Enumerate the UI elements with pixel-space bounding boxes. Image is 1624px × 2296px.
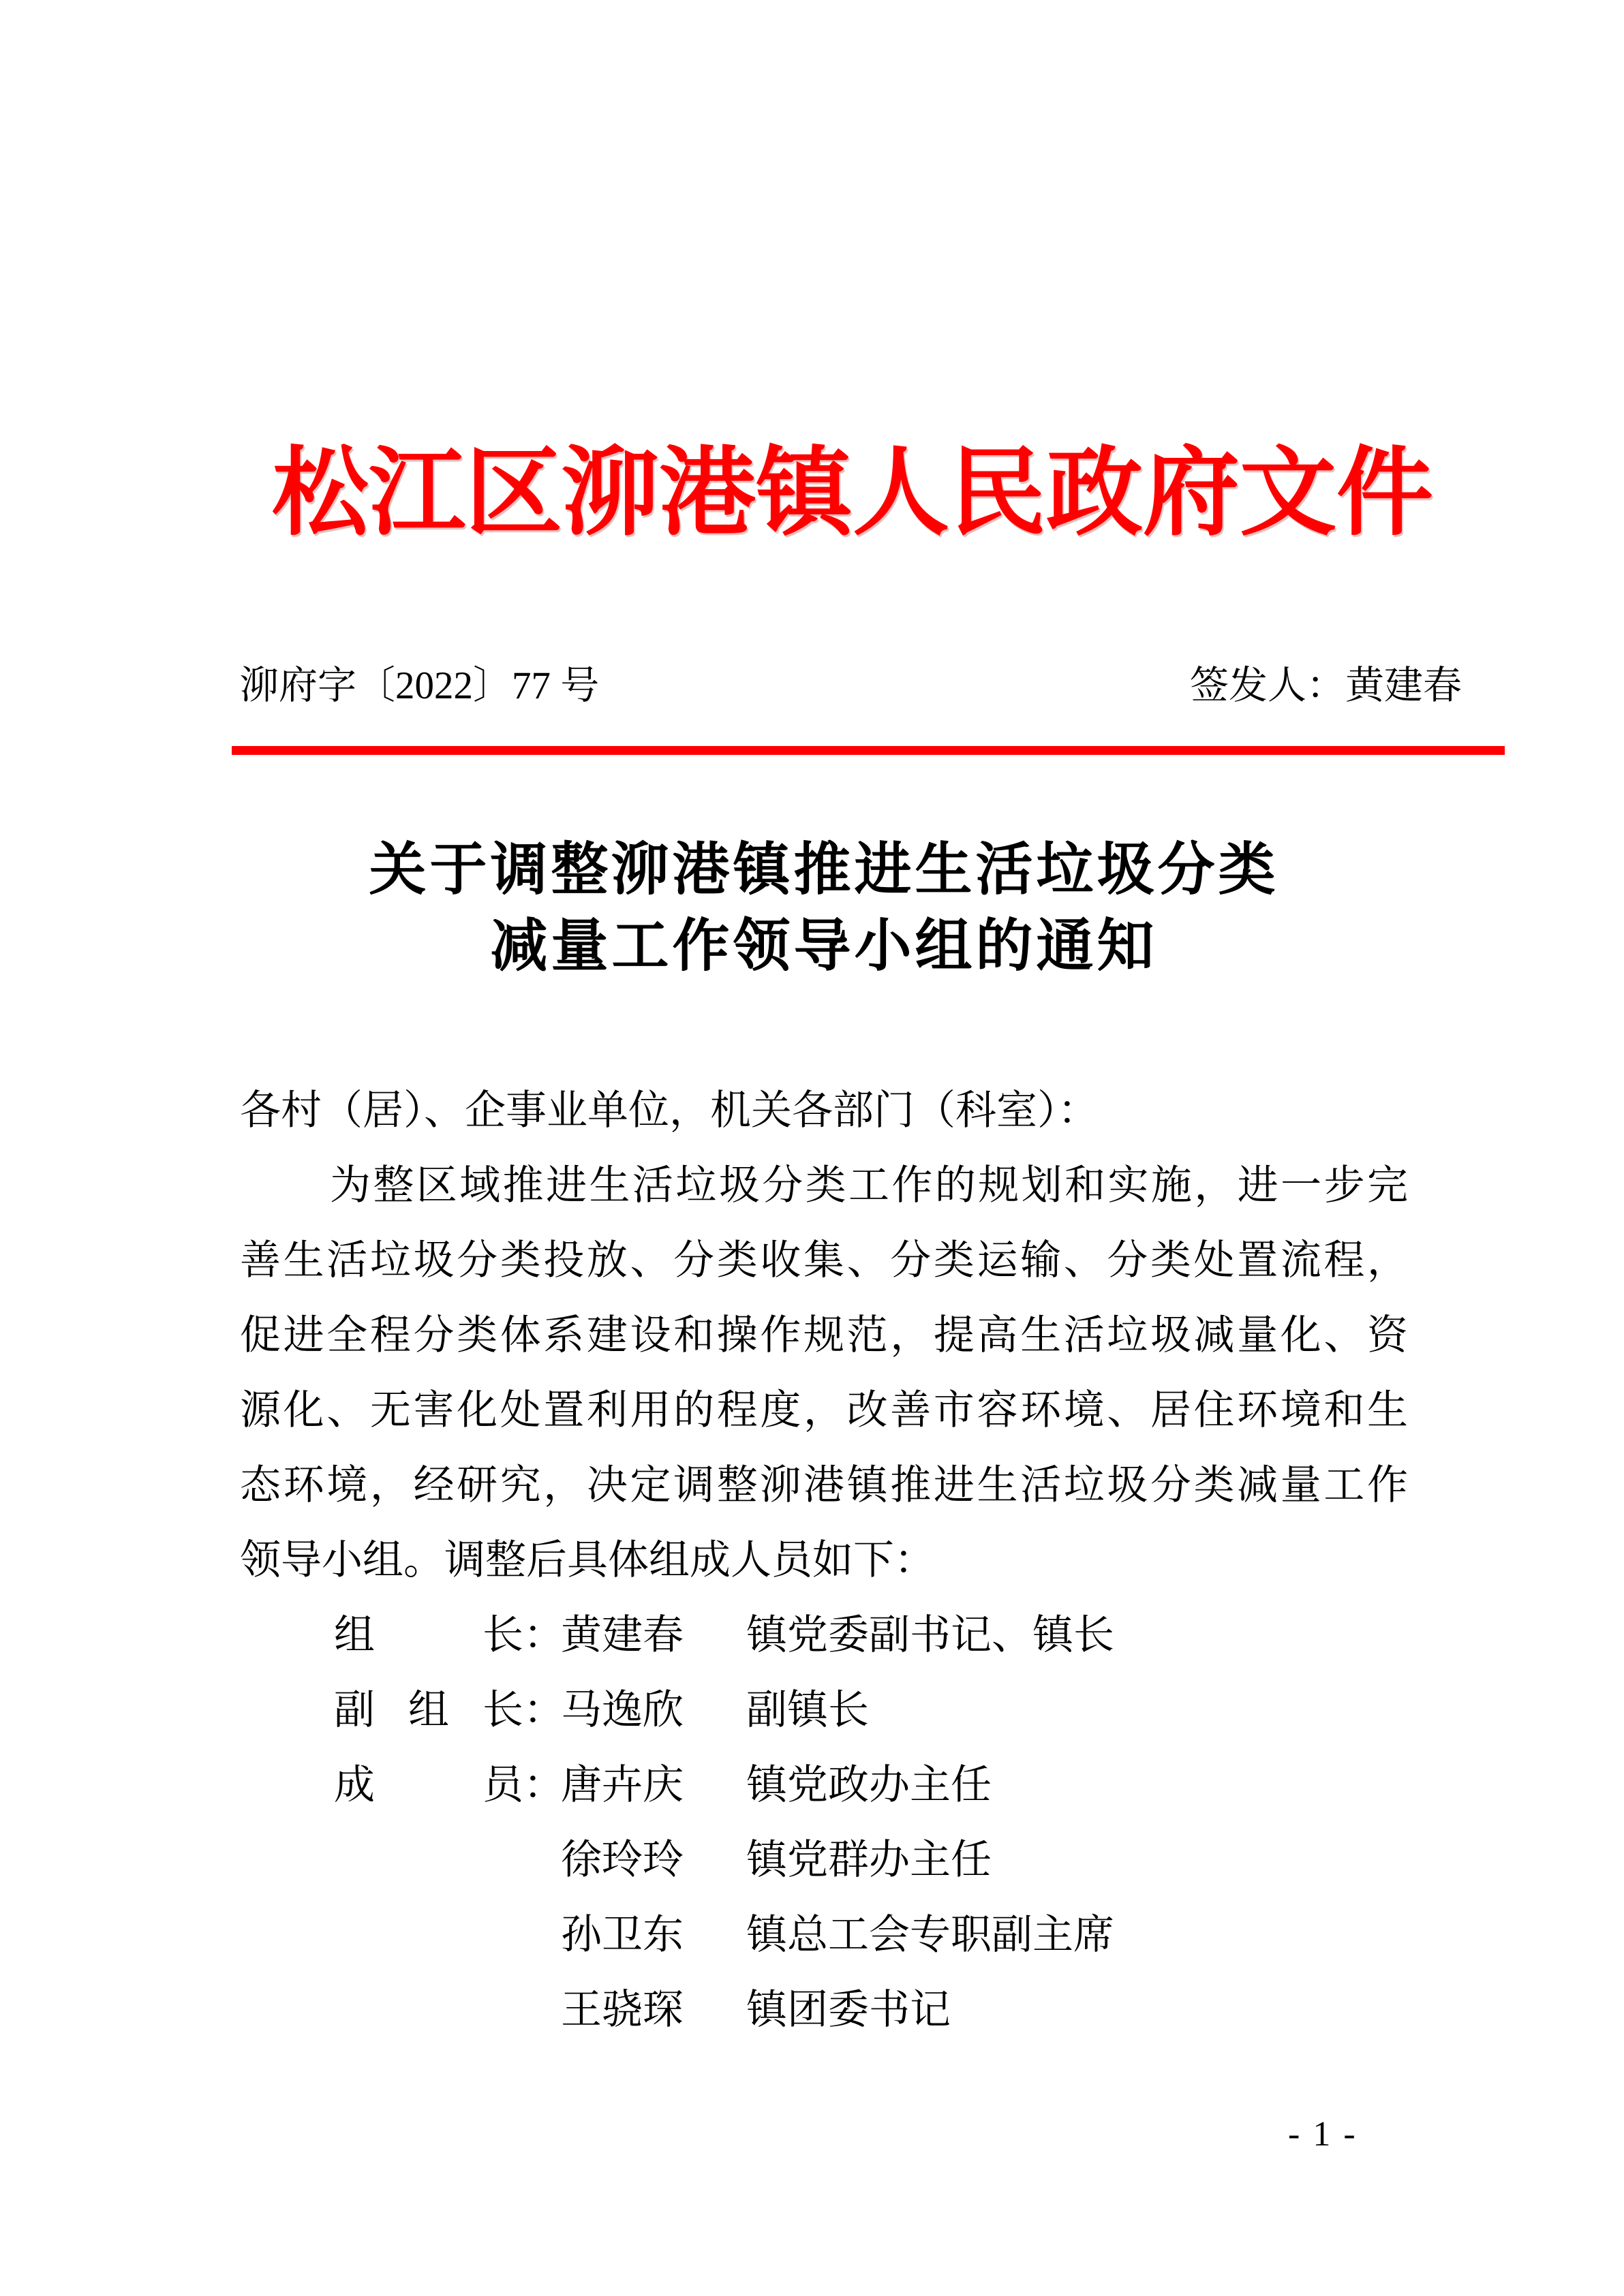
roster-row: 徐玲玲 镇党群办主任 (240, 1822, 1408, 1897)
roster-member-title: 镇党政办主任 (746, 1748, 992, 1822)
document-title-line2: 减量工作领导小组的通知 (240, 909, 1408, 985)
roster-row: 孙卫东 镇总工会专职副主席 (240, 1897, 1408, 1972)
body-line: 促进全程分类体系建设和操作规范，提高生活垃圾减量化、资 (240, 1298, 1408, 1373)
doc-meta-row: 泖府字〔2022〕77 号 签发人：黄建春 (0, 655, 1624, 717)
body-paragraph: 为整区域推进生活垃圾分类工作的规划和实施，进一步完善生活垃圾分类投放、分类收集、… (240, 1148, 1408, 1598)
roster-row: 组长 ： 黄建春 镇党委副书记、镇长 (240, 1598, 1408, 1673)
roster-member-name: 王骁琛 (561, 1972, 684, 2047)
document-page: 松江区泖港镇人民政府文件 泖府字〔2022〕77 号 签发人：黄建春 关于调整泖… (0, 0, 1624, 2296)
roster-member-name: 马逸欣 (561, 1673, 684, 1748)
org-header-title: 松江区泖港镇人民政府文件 (272, 444, 1471, 543)
roster-row: 成员 ： 唐卉庆 镇党政办主任 (240, 1748, 1408, 1822)
body-line: 为整区域推进生活垃圾分类工作的规划和实施，进一步完 (240, 1148, 1408, 1223)
roster-member-name: 徐玲玲 (561, 1822, 684, 1897)
document-title-line1: 关于调整泖港镇推进生活垃圾分类 (240, 833, 1408, 909)
roster-row: 王骁琛 镇团委书记 (240, 1972, 1408, 2047)
roster-colon: ： (523, 1673, 564, 1748)
roster-member-title: 镇团委书记 (746, 1972, 951, 2047)
issuer: 签发人：黄建春 (1190, 655, 1462, 717)
roster-member-title: 镇总工会专职副主席 (746, 1897, 1114, 1972)
roster: 组长 ： 黄建春 镇党委副书记、镇长 副组长 ： 马逸欣 副镇长 成员 ： 唐卉… (240, 1598, 1408, 2047)
roster-member-name: 唐卉庆 (561, 1748, 684, 1822)
roster-member-title: 镇党委副书记、镇长 (746, 1598, 1114, 1673)
roster-role-label: 副组长 (334, 1673, 523, 1748)
body-line: 态环境，经研究，决定调整泖港镇推进生活垃圾分类减量工作 (240, 1448, 1408, 1523)
red-separator-line (232, 746, 1505, 755)
document-body: 各村（居）、企事业单位，机关各部门（科室）： 为整区域推进生活垃圾分类工作的规划… (240, 1073, 1408, 2047)
roster-member-name: 黄建春 (561, 1598, 684, 1673)
salutation: 各村（居）、企事业单位，机关各部门（科室）： (240, 1073, 1408, 1148)
doc-number: 泖府字〔2022〕77 号 (240, 655, 599, 717)
roster-role-label: 组长 (334, 1598, 523, 1673)
document-title: 关于调整泖港镇推进生活垃圾分类 减量工作领导小组的通知 (240, 833, 1408, 985)
roster-member-title: 副镇长 (746, 1673, 869, 1748)
roster-row: 副组长 ： 马逸欣 副镇长 (240, 1673, 1408, 1748)
roster-member-title: 镇党群办主任 (746, 1822, 992, 1897)
roster-role-label: 成员 (334, 1748, 523, 1822)
body-line: 领导小组。调整后具体组成人员如下： (240, 1523, 1408, 1598)
roster-colon: ： (523, 1598, 564, 1673)
page-number: - 1 - (1288, 2111, 1358, 2158)
roster-colon: ： (523, 1748, 564, 1822)
body-line: 源化、无害化处置利用的程度，改善市容环境、居住环境和生 (240, 1373, 1408, 1448)
body-line: 善生活垃圾分类投放、分类收集、分类运输、分类处置流程， (240, 1223, 1408, 1298)
roster-member-name: 孙卫东 (561, 1897, 684, 1972)
